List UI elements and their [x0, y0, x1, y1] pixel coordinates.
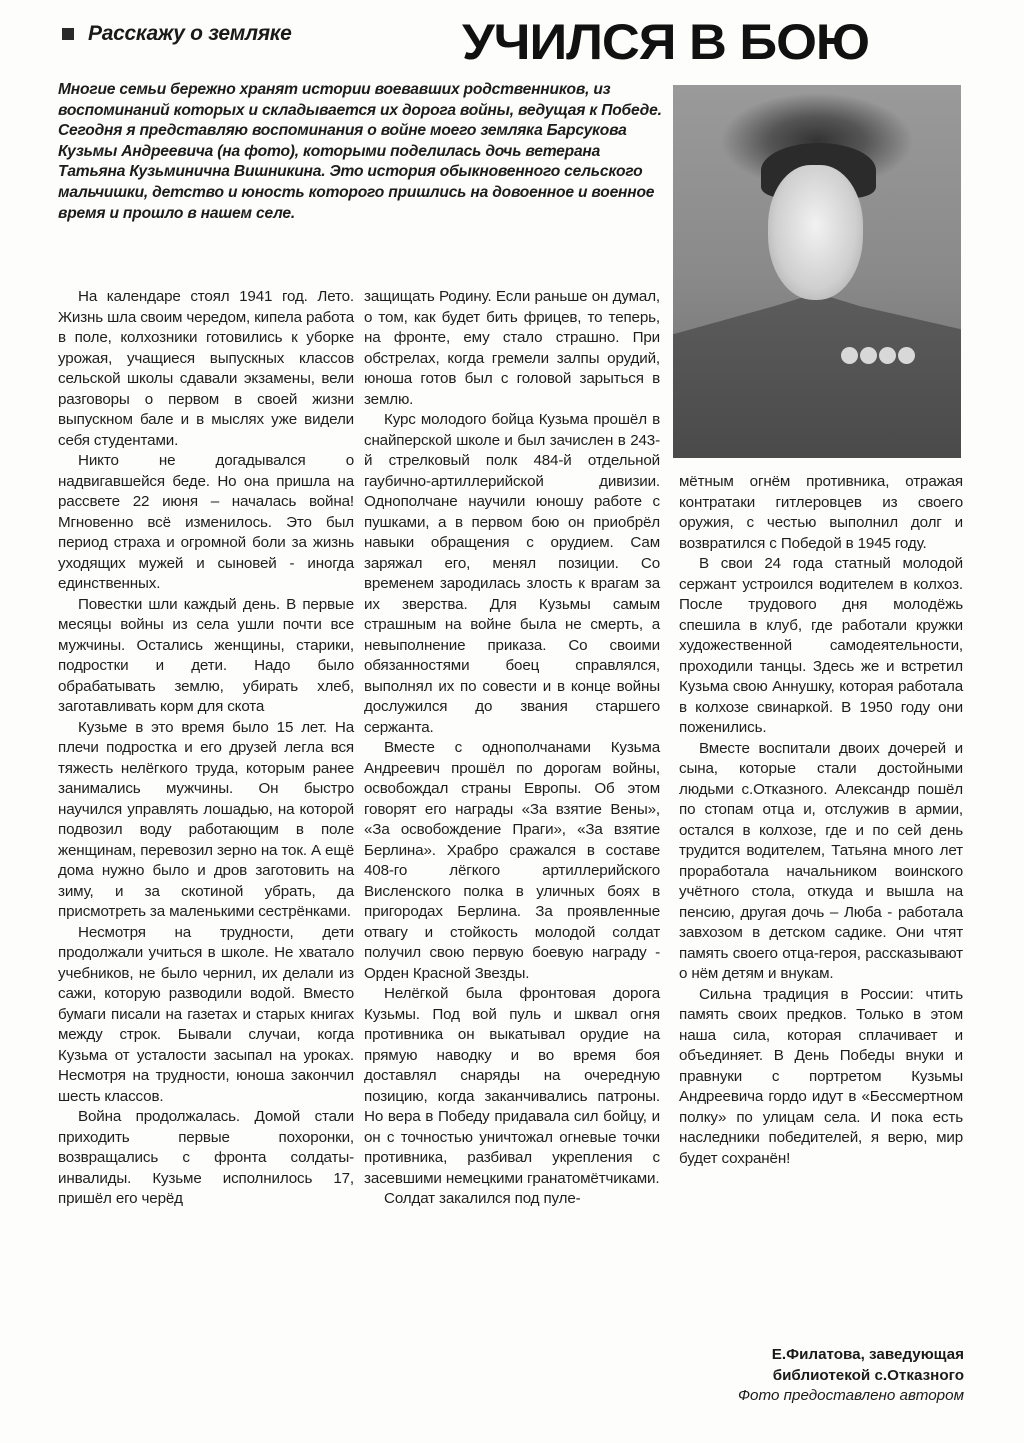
photo-credit: Фото предоставлено автором: [738, 1386, 964, 1407]
article-column-1: На календаре стоял 1941 год. Лето. Жизнь…: [58, 287, 354, 1210]
author-name: Е.Филатова, заведующая: [738, 1345, 964, 1366]
paragraph: Кузьме в это время было 15 лет. На плечи…: [58, 718, 354, 923]
paragraph: На календаре стоял 1941 год. Лето. Жизнь…: [58, 287, 354, 451]
article-column-2: защищать Родину. Если раньше он думал, о…: [364, 287, 660, 1210]
paragraph: Война продолжалась. Домой стали приходит…: [58, 1107, 354, 1210]
paragraph: Нелёгкой была фронтовая дорога Кузьмы. П…: [364, 984, 660, 1189]
paragraph: Несмотря на трудности, дети продолжали у…: [58, 923, 354, 1108]
face-shape: [768, 165, 863, 300]
paragraph: Курс молодого бойца Кузьма прошёл в снай…: [364, 410, 660, 738]
square-bullet-icon: [62, 28, 74, 40]
author-signature: Е.Филатова, заведующая библиотекой с.Отк…: [738, 1345, 964, 1407]
paragraph: Солдат закалился под пуле-: [364, 1189, 660, 1210]
paragraph: Сильна традиция в России: чтить память с…: [679, 985, 963, 1170]
paragraph: Никто не догадывался о надвигавшейся бед…: [58, 451, 354, 595]
paragraph: В свои 24 года статный молодой сержант у…: [679, 554, 963, 739]
medals-icon: [841, 347, 915, 364]
paragraph: мётным огнём противника, отражая контрат…: [679, 472, 963, 554]
rubric-label: Расскажу о земляке: [88, 22, 292, 46]
article-column-3: мётным огнём противника, отражая контрат…: [679, 472, 963, 1169]
paragraph: защищать Родину. Если раньше он думал, о…: [364, 287, 660, 410]
paragraph: Вместе воспитали двоих дочерей и сына, к…: [679, 739, 963, 985]
paragraph: Повестки шли каждый день. В первые месяц…: [58, 595, 354, 718]
section-rubric: Расскажу о земляке: [62, 22, 292, 46]
veteran-photo: [673, 85, 961, 458]
article-title: УЧИЛСЯ В БОЮ: [462, 14, 869, 70]
paragraph: Вместе с однополчанами Кузьма Андреевич …: [364, 738, 660, 984]
author-position: библиотекой с.Отказного: [738, 1366, 964, 1387]
tunic-shape: [673, 293, 961, 458]
article-lead: Многие семьи бережно хранят истории воев…: [58, 80, 668, 224]
